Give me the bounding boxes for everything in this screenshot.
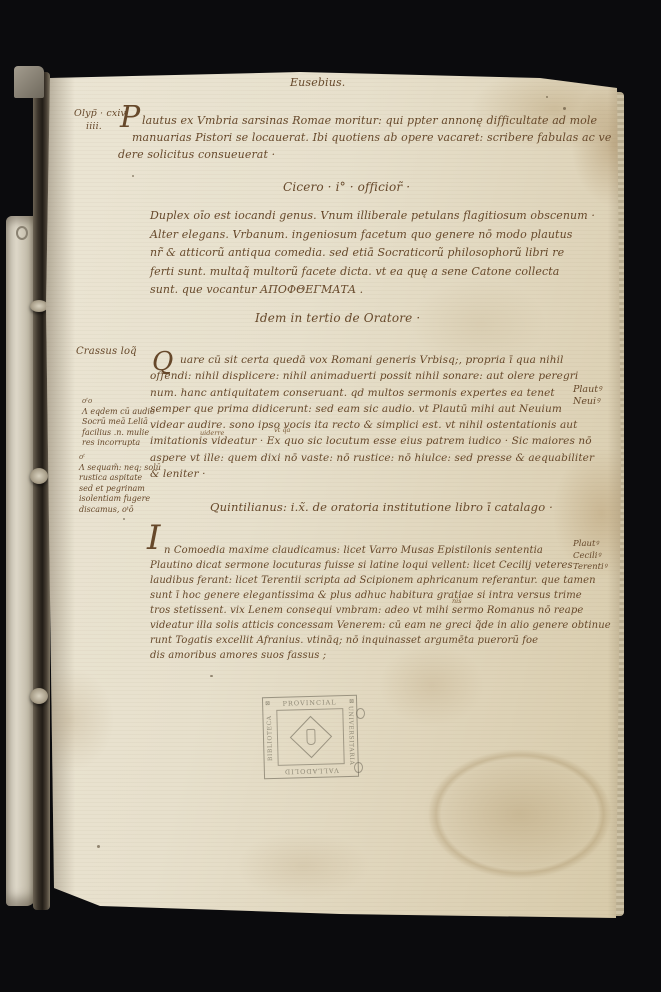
margin-note-laelia: oᵗoΛ eqdem cū audioSocrū meā Leliāfacili… (82, 396, 155, 449)
stamp-inner-border (276, 708, 344, 766)
manuscript-line: runt Togatis excellit Afranius. vtināq; … (150, 633, 611, 648)
manuscript-line: offendi: nihil displicere: nihil animadu… (150, 368, 594, 384)
manuscript-line: Socrū meā Leliā (82, 417, 155, 428)
speck (546, 96, 548, 98)
binding-cord (30, 300, 48, 312)
manuscript-line: Plautꝰ (573, 384, 602, 396)
manuscript-line: laudibus ferant: licet Terentii scripta … (150, 573, 611, 588)
manuscript-line: Λ eqdem cū audio (82, 407, 155, 418)
manuscript-line: videatur illa solis atticis concessam Ve… (150, 618, 611, 633)
spine-end-tab (14, 66, 44, 98)
manuscript-line: facilius .n. mulie (82, 428, 155, 439)
stamp-ring-mark (354, 762, 363, 773)
spine-gutter (33, 72, 50, 910)
margin-crassus: Crassus loq̃ (76, 346, 137, 357)
manuscript-line: discamus, oᵗō (79, 505, 161, 516)
binding-tie-loop (16, 226, 28, 240)
margin-note-plautus-naevius: PlautꝰNeuiꝰ (573, 384, 602, 407)
speck (123, 518, 125, 520)
paragraph-oratore: uare cū sit certa quedā vox Romani gener… (150, 352, 594, 482)
interlinear-correction: vt q̃a (274, 426, 290, 434)
manuscript-line: sunt ī hoc genere elegantissima & plus a… (150, 588, 611, 603)
binding-cord (30, 688, 48, 704)
manuscript-line: Alter elegans. Vrbanum. ingeniosum facet… (150, 226, 595, 245)
manuscript-line: aspere vt ille: quem dixi nō vaste: nō r… (150, 450, 594, 466)
manuscript-line: Λ sequam̃: neq; solū (79, 463, 161, 474)
binding-cord (30, 468, 48, 484)
heading-oratore: Idem in tertio de Oratore · (255, 311, 420, 325)
interlinear-correction: nis (452, 597, 462, 605)
manuscript-line: sunt. que vocantur ΑΠΟΦΘΕΓΜΑΤΑ . (150, 281, 595, 300)
manuscript-line: num. hanc antiquitatem conseruant. qd mu… (150, 385, 594, 401)
paragraph-cicero: Duplex oīo est iocandi genus. Vnum illib… (150, 207, 595, 300)
library-stamp: ⊠ ⊠ PROVINCIAL BIBLIOTECA UNIVERSITARIA … (262, 695, 359, 779)
manuscript-line: n Comoedia maxime claudicamus: licet Var… (164, 543, 611, 558)
manuscript-line: rustica aspitate (79, 473, 161, 484)
speck (563, 107, 566, 110)
speck (97, 845, 100, 848)
spine-board (6, 216, 36, 906)
stamp-crest-icon (306, 729, 315, 745)
manuscript-line: Plautino dicat sermone locuturas fuisse … (150, 558, 611, 573)
manuscript-line: ferti sunt. multaq̃ multorũ facete dicta… (150, 263, 595, 282)
manuscript-line: Duplex oīo est iocandi genus. Vnum illib… (150, 207, 595, 226)
manuscript-photo: Eusebius. Olyp̃ · cxiv. iiii. P lautus e… (0, 0, 661, 992)
heading-quintilian: Quintilianus: i.x̃. de oratoria institut… (210, 500, 553, 514)
manuscript-line: manuarias Pistori se locauerat. Ibi quot… (132, 129, 611, 146)
manuscript-line: isolentiam fugere (79, 494, 161, 505)
stamp-ring-mark (356, 708, 365, 719)
manuscript-line: & leniter · (150, 466, 594, 482)
manuscript-line: Neuiꝰ (573, 396, 602, 408)
manuscript-line: dere solicitus consueuerat · (118, 146, 611, 163)
manuscript-line: nr̃ & atticorũ antiqua comedia. sed etiā… (150, 244, 595, 263)
stamp-text-left: BIBLIOTECA (263, 710, 276, 766)
margin-olympiad-2: iiii. (86, 121, 102, 132)
interlinear-correction: uiderre (200, 429, 224, 437)
manuscript-line: oᵗo (82, 396, 155, 407)
stamp-text-bottom: VALLADOLID (265, 766, 358, 776)
manuscript-line: dis amoribus amores suos fassus ; (150, 648, 611, 663)
manuscript-line: semper que prima didicerunt: sed eam sic… (150, 401, 594, 417)
heading-cicero: Cicero · i° · officior̃ · (283, 180, 410, 194)
manuscript-line: uare cū sit certa quedā vox Romani gener… (180, 352, 594, 368)
manuscript-line: oᵗ (79, 452, 161, 463)
speck (210, 675, 213, 677)
running-head: Eusebius. (290, 76, 345, 89)
paragraph-quintilian: n Comoedia maxime claudicamus: licet Var… (150, 543, 611, 663)
manuscript-line: lautus ex Vmbria sarsinas Romae moritur:… (142, 112, 611, 129)
manuscript-line: res incorrupta (82, 438, 155, 449)
stamp-text-top: PROVINCIAL (263, 698, 356, 708)
margin-note-sequamur: oᵗΛ sequam̃: neq; solūrustica aspitatese… (79, 452, 161, 515)
speck (132, 175, 134, 177)
manuscript-line: sed et pegrinam (79, 484, 161, 495)
manuscript-line: tros stetissent. vix Lenem consequi vmbr… (150, 603, 611, 618)
paragraph-eusebius: lautus ex Vmbria sarsinas Romae moritur:… (118, 112, 611, 163)
